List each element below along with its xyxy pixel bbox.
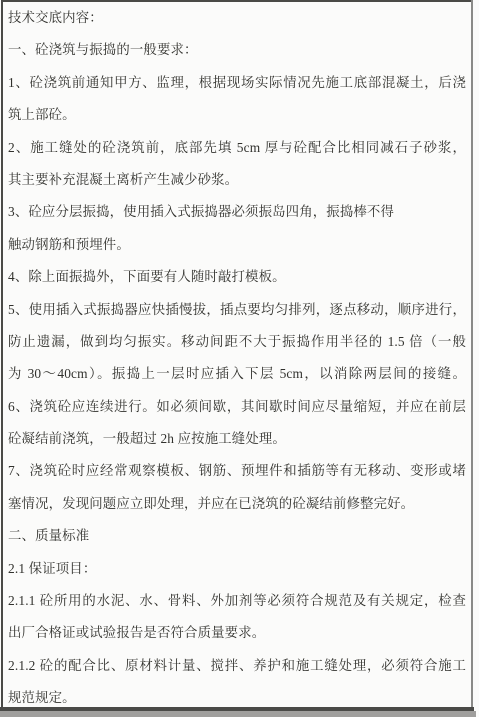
document-body: 技术交底内容：一、砼浇筑与振捣的一般要求：1、砼浇筑前通知甲方、监理，根据现场实… <box>8 2 466 715</box>
doc-line: 触动钢筋和预埋件。 <box>8 229 466 261</box>
document-title-line: 技术交底内容： <box>8 2 466 34</box>
page-border-left <box>1 0 3 709</box>
doc-line: 二、质量标准 <box>8 520 466 552</box>
doc-line: 防止遗漏，做到均匀振实。移动间距不大于振捣作用半径的 1.5 倍（一般 <box>8 326 466 358</box>
doc-line: 筑上部砼。 <box>8 99 466 131</box>
doc-line: 2、施工缝处的砼浇筑前，底部先填 5cm 厚与砼配合比相同减石子砂浆， <box>8 132 466 164</box>
doc-line: 其主要补充混凝土离析产生减少砂浆。 <box>8 164 466 196</box>
doc-line: 6、浇筑砼应连续进行。如必须间歇，其间歇时间应尽量缩短，并应在前层 <box>8 391 466 423</box>
doc-line: 1、砼浇筑前通知甲方、监理，根据现场实际情况先施工底部混凝土，后浇 <box>8 67 466 99</box>
doc-line: 3、砼应分层振捣，使用插入式振捣器必须振岛四角，振捣棒不得 <box>8 196 466 228</box>
page-shadow <box>0 711 476 717</box>
doc-line: 2.1 保证项目： <box>8 553 466 585</box>
page-border-right <box>471 0 473 709</box>
doc-line: 砼凝结前浇筑，一般超过 2h 应按施工缝处理。 <box>8 423 466 455</box>
doc-line: 出厂合格证或试验报告是否符合质量要求。 <box>8 617 466 649</box>
doc-line: 5、使用插入式振捣器应快插慢拔，插点要均匀排列，逐点移动，顺序进行， <box>8 294 466 326</box>
page-border-top <box>1 0 473 2</box>
doc-line: 7、浇筑砼时应经常观察模板、钢筋、预埋件和插筋等有无移动、变形或堵 <box>8 455 466 487</box>
doc-line: 2.1.1 砼所用的水泥、水、骨料、外加剂等必须符合规范及有关规定，检查 <box>8 585 466 617</box>
doc-line: 一、砼浇筑与振捣的一般要求： <box>8 34 466 66</box>
doc-line: 为 30～40cm）。振捣上一层时应插入下层 5cm，以消除两层间的接缝。 <box>8 358 466 390</box>
doc-line: 4、除上面振捣外，下面要有人随时敲打模板。 <box>8 261 466 293</box>
document-page: 技术交底内容：一、砼浇筑与振捣的一般要求：1、砼浇筑前通知甲方、监理，根据现场实… <box>0 0 479 717</box>
doc-line: 2.1.2 砼的配合比、原材料计量、搅拌、养护和施工缝处理，必须符合施工 <box>8 650 466 682</box>
doc-line: 塞情况，发现问题应立即处理，并应在已浇筑的砼凝结前修整完好。 <box>8 488 466 520</box>
